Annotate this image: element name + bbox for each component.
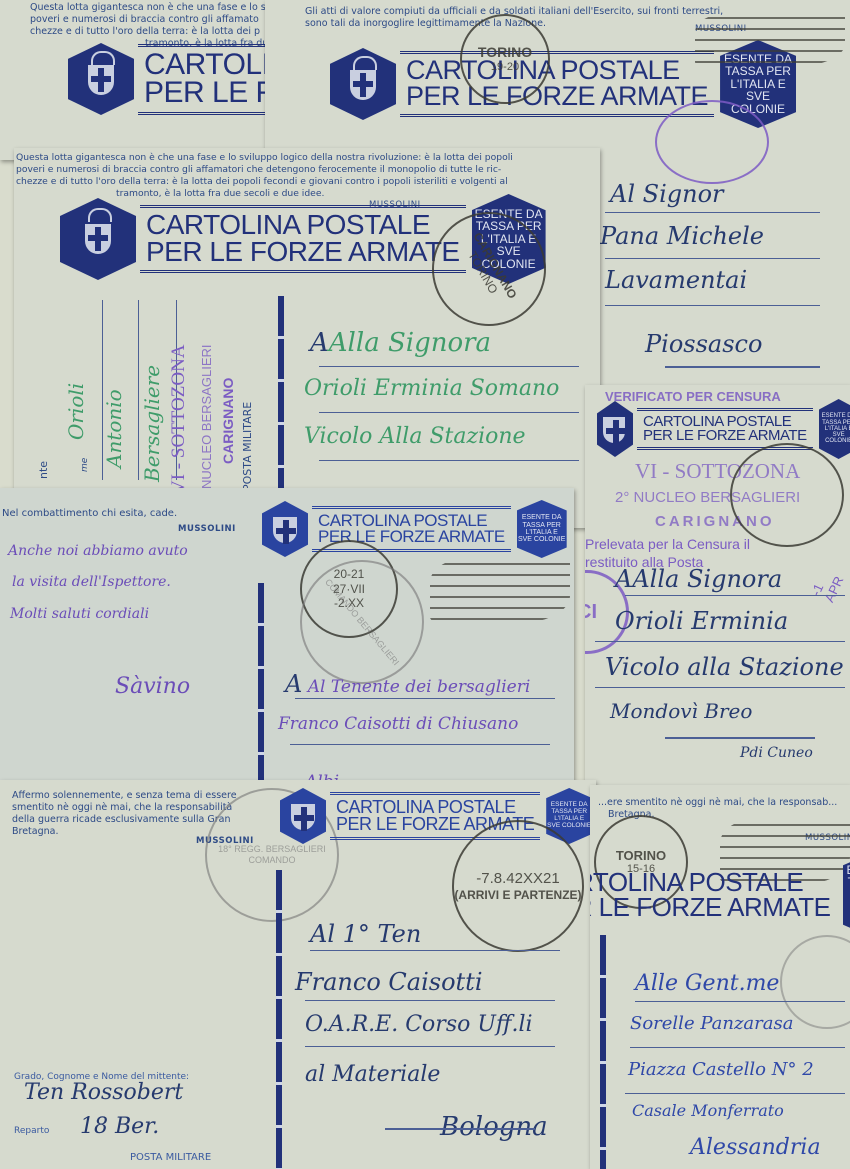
postcard-bottom-left: Affermo solennemente, e senza tema di es… [0,780,596,1169]
savoy-crest-icon [60,198,136,280]
quote-author: MUSSOLINI [178,524,236,534]
message-line: Molti saluti cordiali [10,606,149,622]
savoy-crest-icon [597,401,633,457]
signature: Sàvino [115,674,190,699]
address-line: Orioli Erminia [615,607,788,635]
address-line: Vicolo alla Stazione [605,653,844,681]
address-line: Piossasco [645,330,762,358]
censor-verified-stamp: VERIFICATO PER CENSURA [605,389,781,404]
address-line: Franco Caisotti di Chiusano [278,714,518,734]
postmark-arrivi-partenze: -7.8.42XX21(ARRIVI E PARTENZE) [452,820,584,952]
address-line: al Materiale [305,1062,440,1087]
posta-militare-label: POSTA MILITARE [130,1152,211,1163]
address-line: Pana Michele [600,222,764,250]
postcard-bottom-right: ...ere smentito nè oggi nè mai, che la r… [590,785,850,1169]
sender-value: Ten Rossobert [24,1080,183,1105]
postmark-carignano [730,443,844,547]
postcard-header: CARTOLINA POSTALE PER LE FORZE ARMATE ES… [590,849,850,941]
censor-date: -1 APR [808,556,850,605]
sender-name-label: me [80,458,90,472]
savoy-crest-icon [262,501,308,557]
address-line: Mondovì Breo [610,699,752,723]
address-line: Al 1° Ten [310,920,421,948]
tax-exempt-badge: ESENTE DATASSA PERL'ITALIA ESVE COLONIE [843,849,850,941]
tax-exempt-badge: ESENTE DATASSA PERL'ITALIA ESVE COLONIE [517,500,567,558]
postcard-header: CARTOLINA POSTALE PER LE FORZE ARMATE ES… [262,500,567,558]
quote-text: Nel combattimento chi esita, cade. [2,508,177,520]
message-line: la visita dell'Ispettore. [12,574,171,590]
address-line: Vicolo Alla Stazione [304,424,526,449]
address-line: Sorelle Panzarasa [630,1013,793,1034]
postcard-middle-left: Questa lotta gigantesca non è che una fa… [14,148,600,528]
unit-stamp-purple [655,100,769,184]
address-line: Franco Caisotti [295,968,483,996]
address-line: Pdi Cuneo [740,745,813,761]
unit-label: Reparto [14,1126,49,1136]
address-line: Casale Monferrato [632,1101,784,1120]
postcard-center: Nel combattimento chi esita, cade. MUSSO… [0,488,574,790]
address-line: AAlla Signora [310,328,491,358]
postcard-top-left: Questa lotta gigantesca non è che una fa… [0,0,300,160]
unit-stamp-line: VI - SOTTOZONA [168,344,190,494]
message-line: Anche noi abbiamo avuto [8,543,188,559]
sender-rank: Bersagliere [140,365,164,482]
quote-text: Questa lotta gigantesca non è che una fa… [16,152,576,200]
divider-rule [258,583,264,790]
tax-exempt-badge: ESENTE DATASSA PERL'ITALIA ESVE COLONIE [819,399,850,459]
savoy-crest-icon [330,48,396,120]
address-line: Piazza Castello N° 2 [628,1059,814,1080]
address-line: O.A.R.E. Corso Uff.li [305,1012,533,1037]
address-line: Alle Gent.me [635,971,779,996]
address-line: Alessandria [690,1135,821,1160]
address-line: Lavamentai [605,266,747,294]
cancellation-lines [695,8,845,68]
cancellation-lines [430,554,570,624]
address-line: AAlla Signora [615,565,782,593]
unit-stamp-line: NUCLEO BERSAGLIERI [199,345,214,490]
sender-label: nte [37,461,50,479]
address-line: Bologna [440,1112,548,1142]
postmark-torino: TORINO19-20 [460,14,550,104]
unit-stamp-line: CARIGNANO [220,378,236,464]
postcard-middle-right: CARTOLINA POSTALE PER LE FORZE ARMATE ES… [585,385,850,785]
address-line: A Al Tenente dei bersaglieri [285,670,530,698]
divider-rule [276,870,282,1169]
command-stamp: COMANDO BERSAGLIERI [300,560,424,684]
address-line: Orioli Erminia Somano [304,376,559,401]
savoy-crest-icon [68,43,134,115]
savoy-crest-icon [280,788,326,844]
sender-firstname: Antonio [102,389,126,468]
address-line: Al Signor [610,180,724,208]
posta-militare-label: POSTA MILITARE [241,402,254,491]
divider-rule [600,935,606,1169]
unit-value: 18 Ber. [80,1114,159,1139]
sender-surname: Orioli [64,383,88,440]
